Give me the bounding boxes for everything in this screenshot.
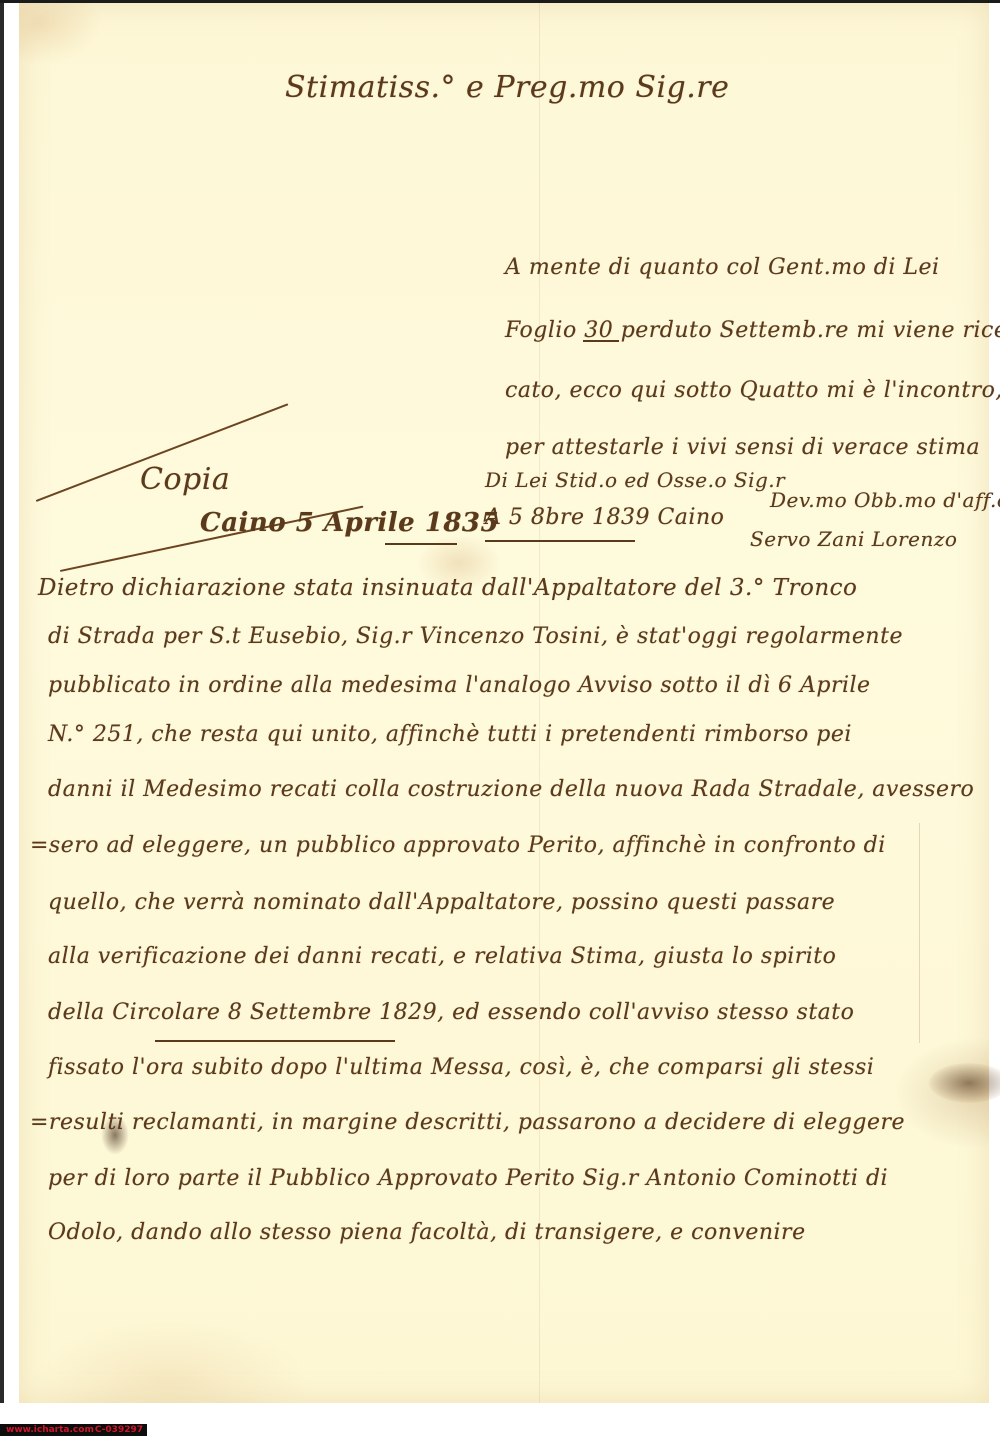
signature-closing: Dev.mo Obb.mo d'aff.o	[770, 488, 1000, 512]
reply-date-place: A 5 8bre 1839 Caino	[485, 505, 724, 530]
paper-crease-right	[919, 823, 920, 1043]
scan-left-edge	[0, 3, 4, 1403]
body-line-12: per di loro parte il Pubblico Approvato …	[48, 1166, 888, 1191]
watermark-bar: www.icharta.com C-039297	[0, 1424, 147, 1436]
body-line-1: Dietro dichiarazione stata insinuata dal…	[38, 575, 857, 601]
reply-closing: Di Lei Stid.o ed Osse.o Sig.r	[485, 468, 785, 492]
body-line-8: alla verificazione dei danni recati, e r…	[48, 944, 836, 969]
body-line-11: =resulti reclamanti, in margine descritt…	[30, 1110, 905, 1135]
underline-1835	[385, 543, 457, 545]
watermark-code: C-039297	[95, 1425, 143, 1435]
body-line-5: danni il Medesimo recati colla costruzio…	[48, 777, 974, 802]
body-line-9: della Circolare 8 Settembre 1829, ed ess…	[48, 1000, 854, 1025]
body-line-10: fissato l'ora subito dopo l'ultima Messa…	[48, 1055, 874, 1080]
signature-name: Servo Zani Lorenzo	[750, 527, 957, 551]
reply-line-4: per attestarle i vivi sensi di verace st…	[505, 435, 980, 460]
underline-1829	[155, 1040, 395, 1042]
paper-fold-crease	[539, 3, 540, 1403]
body-line-4: N.° 251, che resta qui unito, affinchè t…	[48, 722, 852, 747]
body-line-7: quello, che verrà nominato dall'Appaltat…	[48, 890, 835, 915]
body-line-6: =sero ad eleggere, un pubblico approvato…	[30, 833, 886, 858]
watermark-site: www.icharta.com	[6, 1425, 94, 1435]
letter-sheet	[19, 3, 989, 1403]
ink-blot-stain	[929, 1063, 1000, 1103]
salutation: Stimatiss.° e Preg.mo Sig.re	[285, 70, 729, 105]
copy-date: Caino 5 Aprile 1835	[200, 508, 499, 538]
reply-line-2: Foglio 30 perduto Settemb.re mi viene ri…	[505, 318, 1000, 343]
reply-line-1: A mente di quanto col Gent.mo di Lei	[505, 255, 940, 280]
body-line-13: Odolo, dando allo stesso piena facoltà, …	[48, 1220, 806, 1245]
copy-label: Copia	[140, 462, 230, 497]
underline-reply-date	[485, 540, 635, 542]
body-line-2: di Strada per S.t Eusebio, Sig.r Vincenz…	[48, 624, 903, 649]
underline-30	[583, 340, 619, 342]
reply-line-3: cato, ecco qui sotto Quatto mi è l'incon…	[505, 378, 1000, 403]
body-line-3: pubblicato in ordine alla medesima l'ana…	[48, 673, 871, 698]
